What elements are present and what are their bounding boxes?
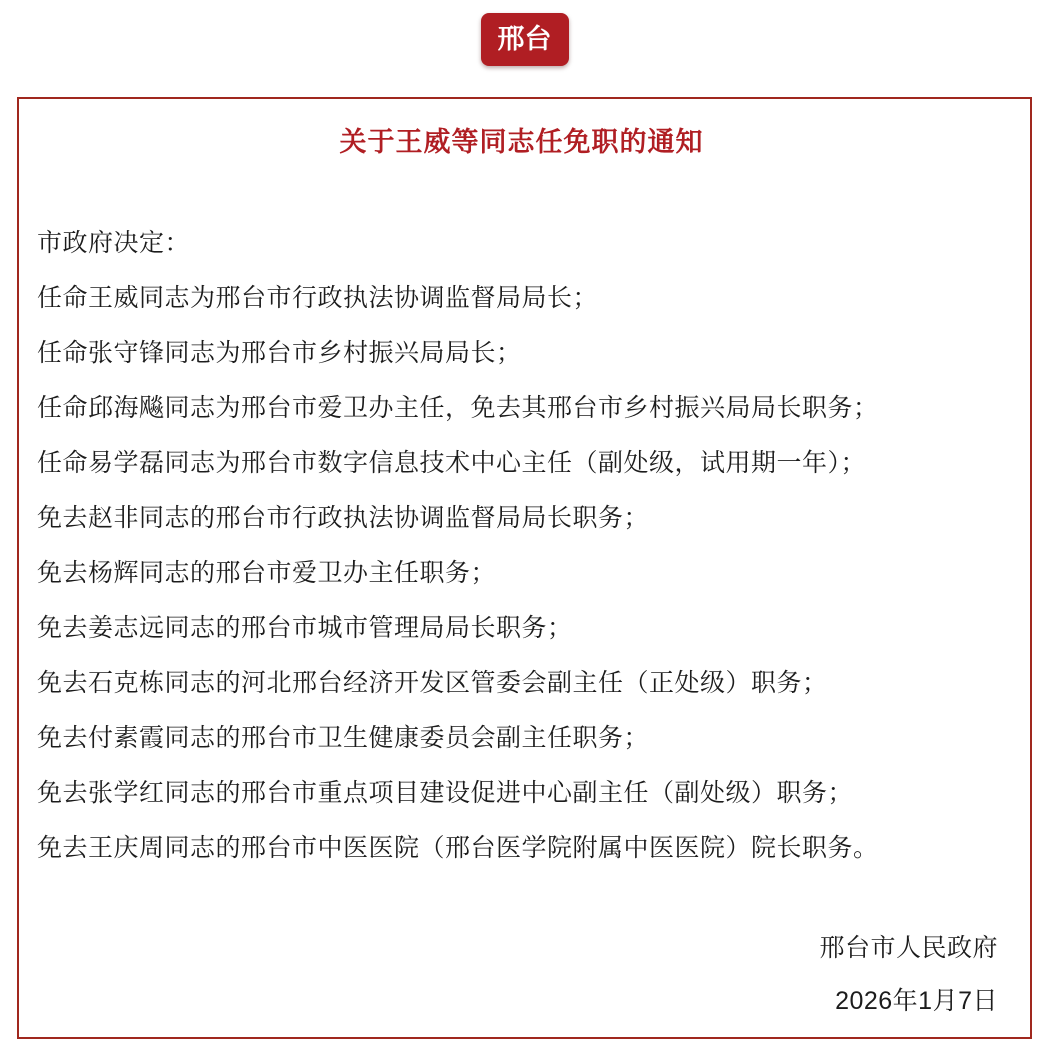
notice-paragraph: 任命易学磊同志为邢台市数字信息技术中心主任（副处级，试用期一年）； bbox=[37, 451, 1006, 476]
notice-title: 关于王威等同志任免职的通知 bbox=[37, 127, 1006, 158]
notice-paragraph: 免去杨辉同志的邢台市爱卫办主任职务； bbox=[37, 561, 1006, 586]
notice-paragraph: 任命邱海飚同志为邢台市爱卫办主任，免去其邢台市乡村振兴局局长职务； bbox=[37, 396, 1006, 421]
notice-paragraph: 市政府决定： bbox=[37, 231, 1006, 256]
notice-paragraph: 免去张学红同志的邢台市重点项目建设促进中心副主任（副处级）职务； bbox=[37, 781, 1006, 806]
notice-document: 关于王威等同志任免职的通知 市政府决定：任命王威同志为邢台市行政执法协调监督局局… bbox=[17, 97, 1032, 1039]
notice-paragraph: 免去王庆周同志的邢台市中医医院（邢台医学院附属中医医院）院长职务。 bbox=[37, 836, 1006, 861]
notice-paragraph: 免去姜志远同志的邢台市城市管理局局长职务； bbox=[37, 616, 1006, 641]
badge-row: 邢台 bbox=[0, 0, 1049, 66]
notice-body: 市政府决定：任命王威同志为邢台市行政执法协调监督局局长；任命张守锋同志为邢台市乡… bbox=[37, 231, 1006, 861]
notice-paragraph: 任命张守锋同志为邢台市乡村振兴局局长； bbox=[37, 341, 1006, 366]
city-tag-badge[interactable]: 邢台 bbox=[481, 13, 569, 66]
notice-paragraph: 免去付素霞同志的邢台市卫生健康委员会副主任职务； bbox=[37, 726, 1006, 751]
notice-paragraph: 任命王威同志为邢台市行政执法协调监督局局长； bbox=[37, 286, 1006, 311]
signature-block: 邢台市人民政府 2026年1月7日 bbox=[37, 934, 1006, 1015]
issuer-signature: 邢台市人民政府 bbox=[37, 934, 998, 962]
issue-date: 2026年1月7日 bbox=[37, 987, 998, 1015]
notice-paragraph: 免去石克栋同志的河北邢台经济开发区管委会副主任（正处级）职务； bbox=[37, 671, 1006, 696]
notice-paragraph: 免去赵非同志的邢台市行政执法协调监督局局长职务； bbox=[37, 506, 1006, 531]
